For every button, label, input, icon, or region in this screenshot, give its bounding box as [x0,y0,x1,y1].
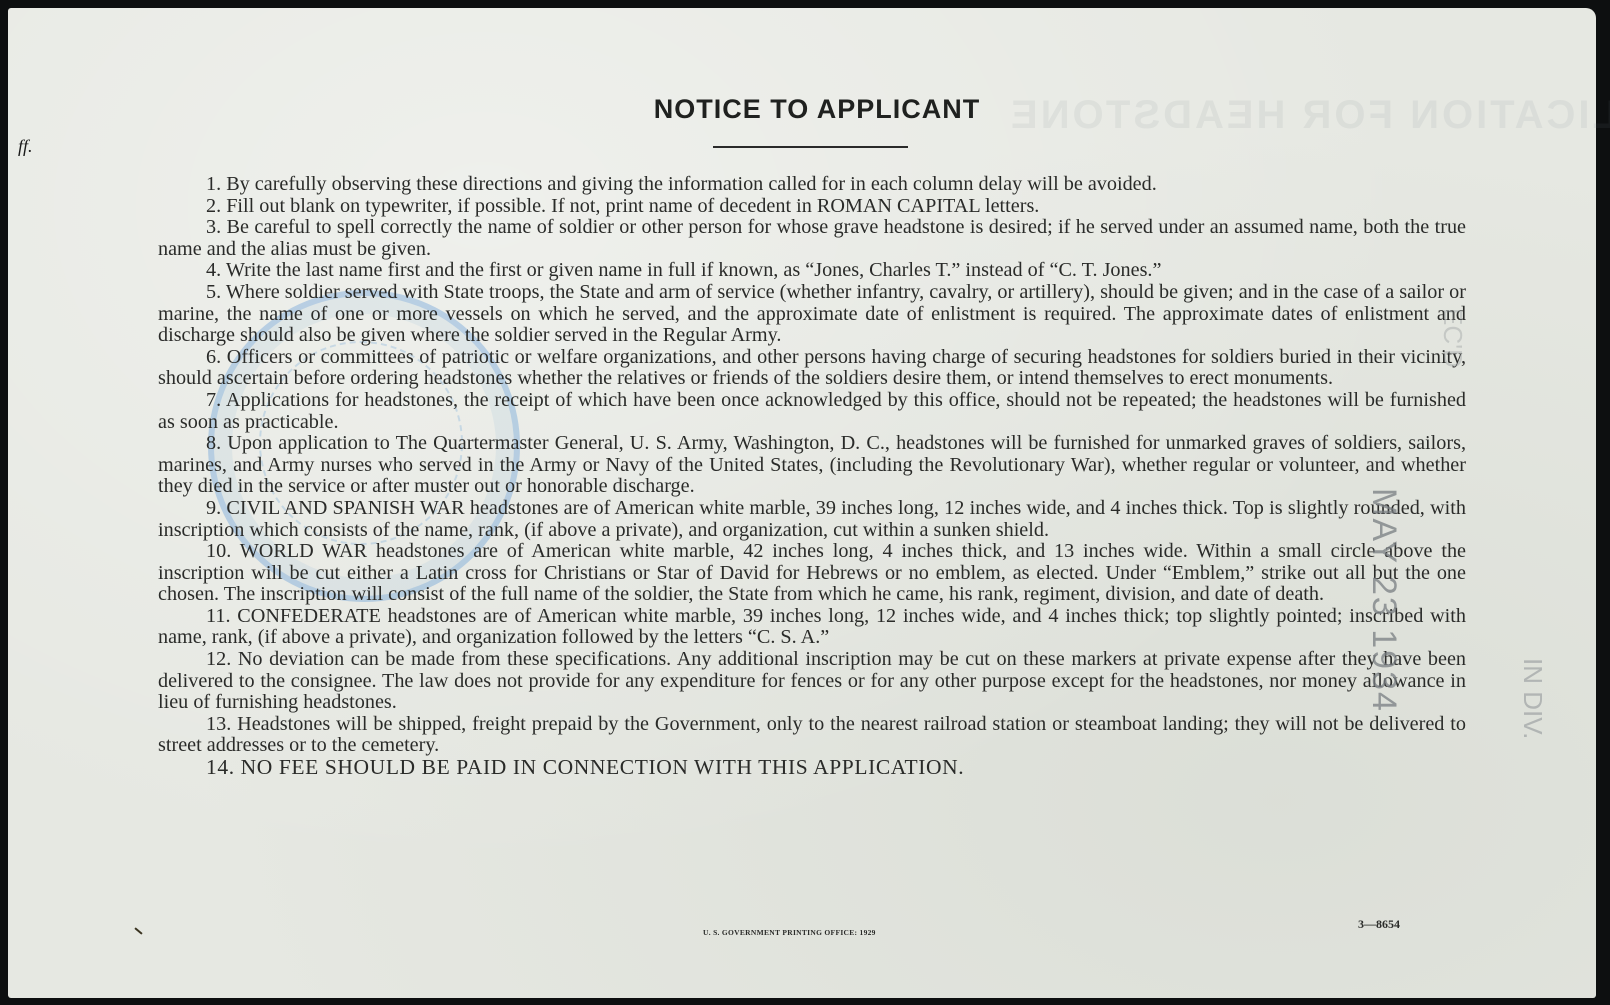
title-underline [713,146,908,148]
division-stamp-fragment: IN DIV. [1517,658,1548,739]
instruction-14: 14. NO FEE SHOULD BE PAID IN CONNECTION … [158,757,1466,779]
instruction-8: 8. Upon application to The Quartermaster… [158,433,1466,498]
instruction-6: 6. Officers or committees of patriotic o… [158,347,1466,390]
pencil-tick-mark [134,927,142,934]
instruction-10: 10. WORLD WAR headstones are of American… [158,541,1466,606]
document-page: APPLICATION FOR HEADSTONE ff. NOTICE TO … [8,8,1596,998]
instruction-13: 13. Headstones will be shipped, freight … [158,714,1466,757]
instruction-5: 5. Where soldier served with State troop… [158,282,1466,347]
printer-imprint: U. S. GOVERNMENT PRINTING OFFICE: 1929 [703,928,876,937]
faded-stamp-fragment: EC'D [1437,308,1468,368]
instruction-11: 11. CONFEDERATE headstones are of Americ… [158,606,1466,649]
margin-handwriting: ff. [18,136,33,157]
received-date-stamp: MAY 23 1934 [1364,488,1403,713]
page-title: NOTICE TO APPLICANT [8,94,1596,125]
instruction-9: 9. CIVIL AND SPANISH WAR headstones are … [158,498,1466,541]
form-number: 3—8654 [1358,917,1400,932]
instruction-1: 1. By carefully observing these directio… [158,174,1466,196]
instruction-12: 12. No deviation can be made from these … [158,649,1466,714]
instruction-4: 4. Write the last name first and the fir… [158,260,1466,282]
instruction-3: 3. Be careful to spell correctly the nam… [158,217,1466,260]
instruction-2: 2. Fill out blank on typewriter, if poss… [158,196,1466,218]
instruction-7: 7. Applications for headstones, the rece… [158,390,1466,433]
notice-body: 1. By carefully observing these directio… [158,174,1466,779]
